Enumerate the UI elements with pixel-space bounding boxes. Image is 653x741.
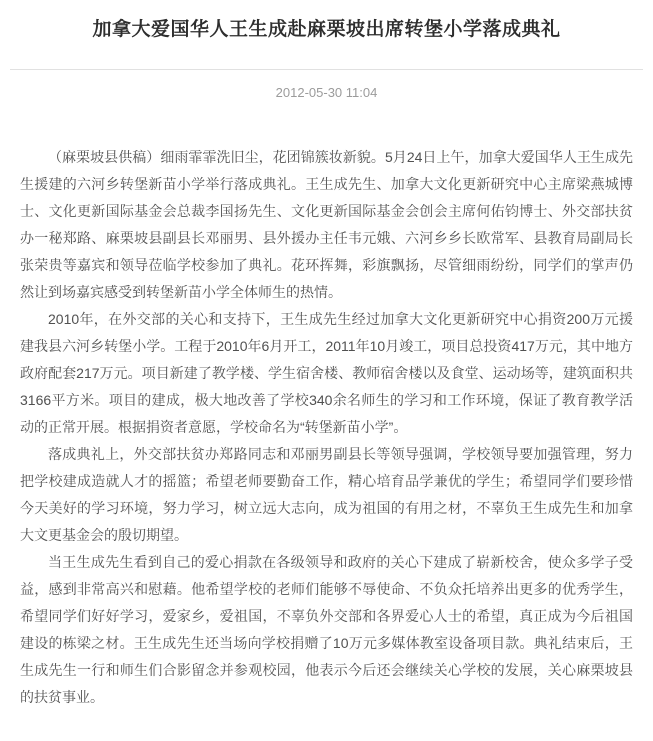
article-paragraph: 当王生成先生看到自己的爱心捐款在各级领导和政府的关心下建成了崭新校舍，使众多学子… [20,549,633,711]
article-body: （麻栗坡县供稿）细雨霏霏洗旧尘，花团锦簇妆新貌。5月24日上午，加拿大爱国华人王… [20,144,633,711]
article-page: 加拿大爱国华人王生成赴麻栗坡出席转堡小学落成典礼 2012-05-30 11:0… [0,0,653,741]
article-paragraph: 落成典礼上，外交部扶贫办郑路同志和邓丽男副县长等领导强调，学校领导要加强管理，努… [20,441,633,549]
publish-date: 2012-05-30 11:04 [0,84,653,102]
title-divider [10,69,643,70]
article-paragraph: （麻栗坡县供稿）细雨霏霏洗旧尘，花团锦簇妆新貌。5月24日上午，加拿大爱国华人王… [20,144,633,306]
article-paragraph: 2010年，在外交部的关心和支持下，王生成先生经过加拿大文化更新研究中心捐资20… [20,306,633,441]
article-title: 加拿大爱国华人王生成赴麻栗坡出席转堡小学落成典礼 [30,0,623,43]
